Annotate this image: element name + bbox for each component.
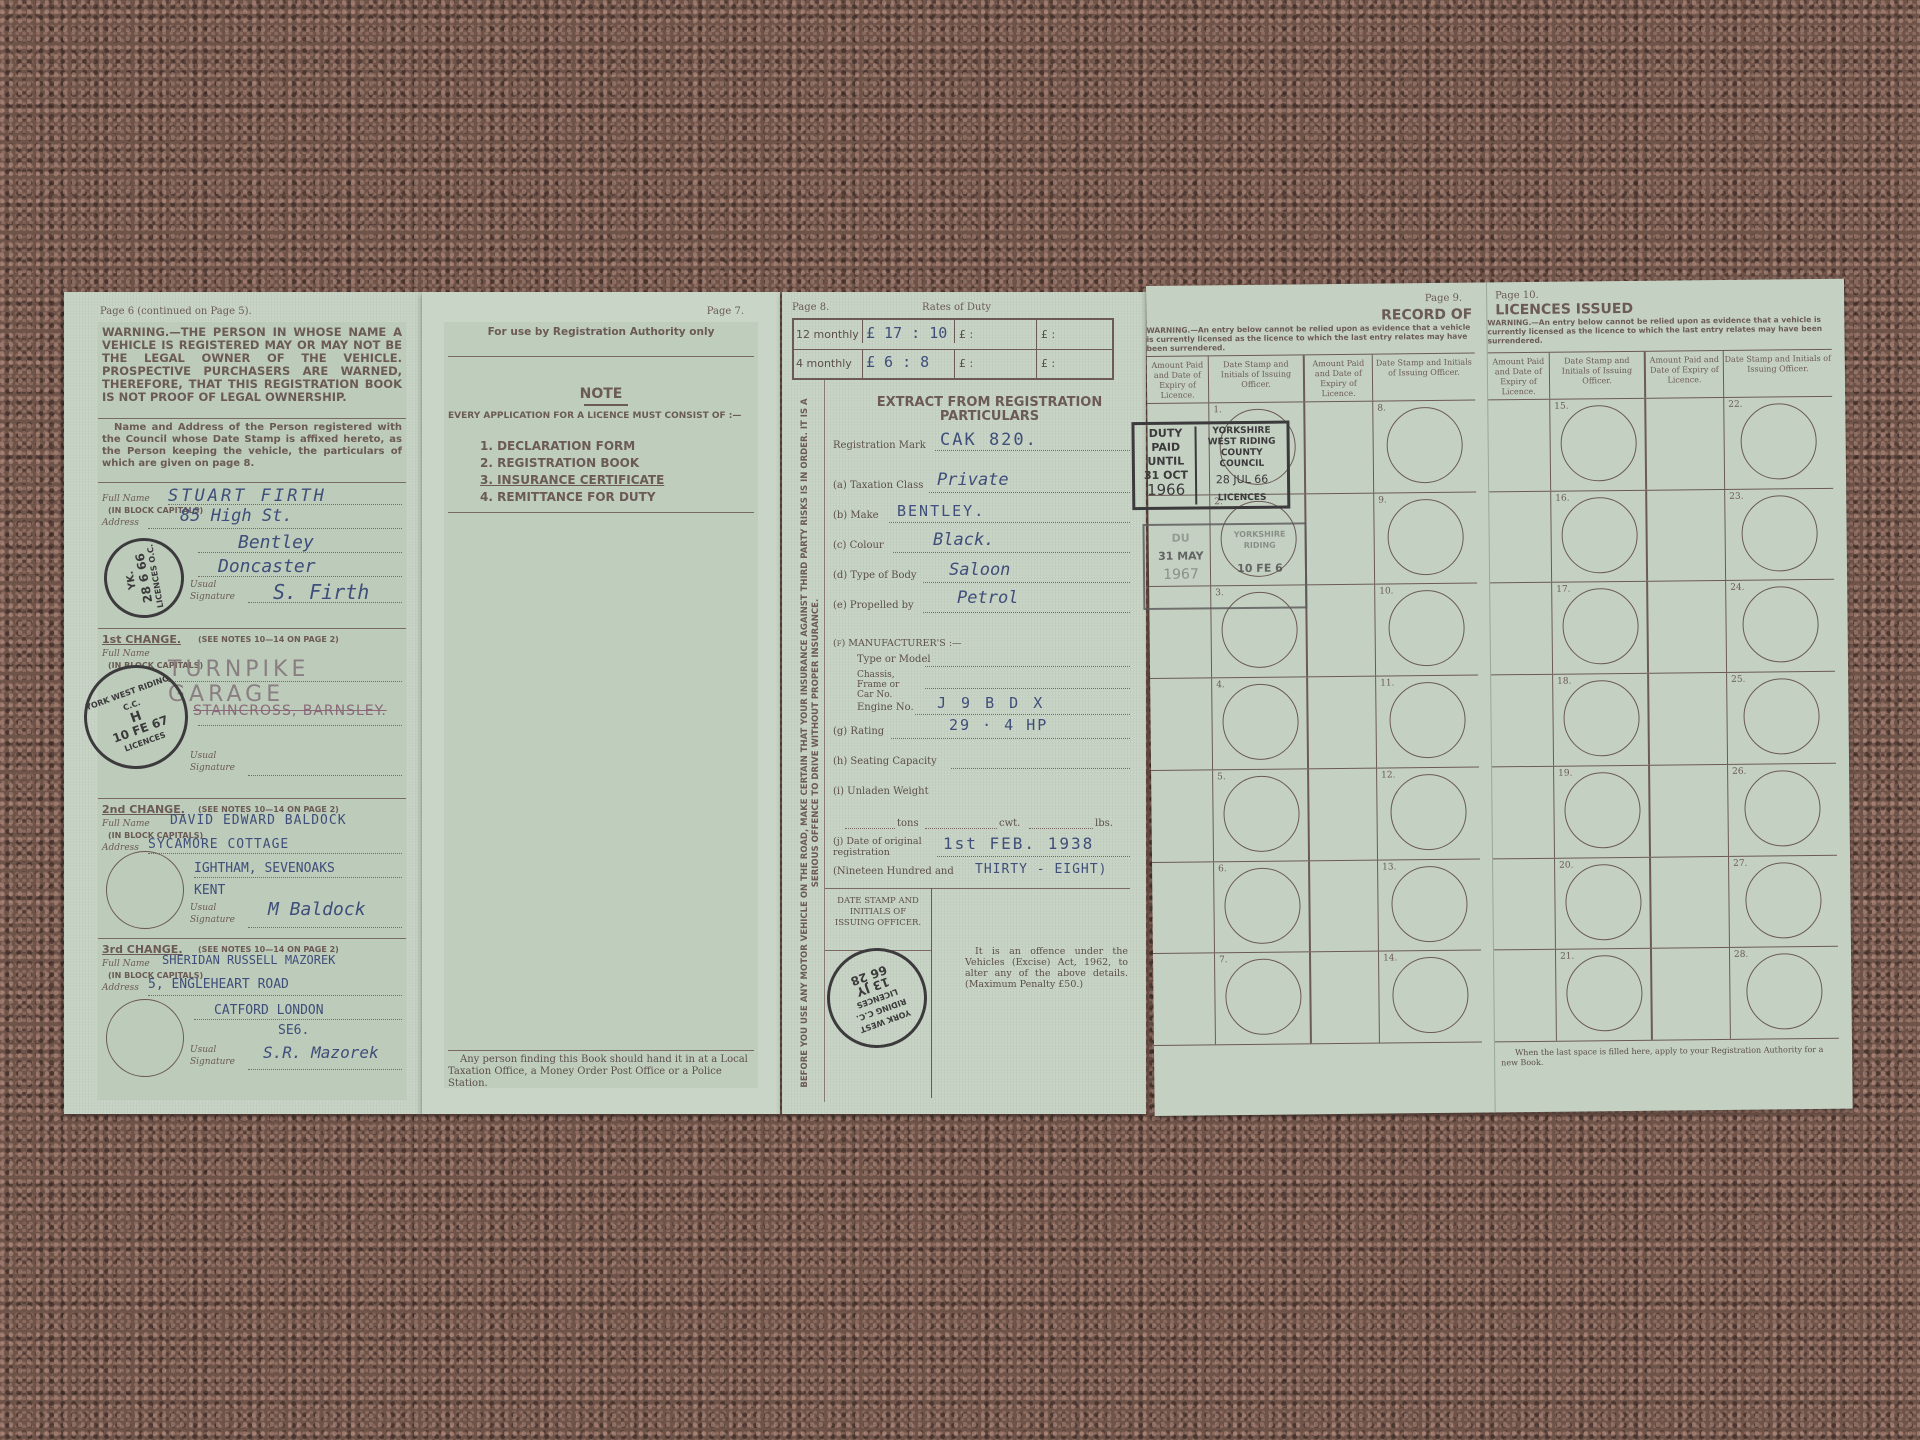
page-6-panel: Page 6 (continued on Page 5). WARNING.—T… xyxy=(64,292,422,1114)
application-item: 1. DECLARATION FORM xyxy=(480,438,664,455)
tons-label: tons xyxy=(897,818,919,829)
first-change-name-stamp: TURNPIKE GARAGE xyxy=(168,657,406,707)
type-model-label: Type or Model xyxy=(857,654,931,665)
licence-slot-number: 23. xyxy=(1729,491,1743,501)
particulars-list: (a) Taxation Class Private (b) Make BENT… xyxy=(833,470,1130,620)
stamp-circle xyxy=(1743,678,1820,755)
original-date-stamp: YK. 28 6 66 LICENCES O.C. xyxy=(98,532,191,625)
seating-capacity-label: (h) Seating Capacity xyxy=(833,756,937,767)
date-stamp-cell: 25. xyxy=(1727,672,1836,764)
usual-label: Usual xyxy=(190,580,216,590)
licence-slot-number: 15. xyxy=(1554,402,1568,412)
licence-row: 7.14. xyxy=(1153,951,1482,1046)
date-stamp-cell: 8. xyxy=(1373,401,1476,493)
usual-label: Usual xyxy=(190,903,216,913)
particular-propelled-by: (e) Propelled by Petrol xyxy=(833,590,1130,620)
rate-value: £ : xyxy=(1036,320,1115,349)
rate-value: £ : xyxy=(1036,349,1115,378)
col-header-amount: Amount Paid and Date of Expiry of Licenc… xyxy=(1305,355,1373,402)
engine-label: Engine No. xyxy=(857,702,914,713)
amount-paid-cell xyxy=(1306,493,1375,584)
licence-slot-number: 9. xyxy=(1378,495,1387,505)
first-change-address-stamp: STAINCROSS, BARNSLEY. xyxy=(193,703,387,719)
council-name: YORKSHIRE RIDING xyxy=(1217,528,1303,551)
page-7-label: Page 7. xyxy=(707,306,744,317)
col-header-stamp: Date Stamp and Initials of Issuing Offic… xyxy=(1209,355,1305,402)
licence-slot-number: 12. xyxy=(1381,770,1395,780)
rates-of-duty-table: 12 monthly £ 17 : 10 £ : £ : 4 monthly £… xyxy=(792,318,1114,380)
signature-label: Signature xyxy=(190,592,235,602)
address-label: Address xyxy=(102,518,139,528)
stamp-circle xyxy=(1741,495,1818,572)
usual-label: Usual xyxy=(190,1045,216,1055)
particular-body-type: (d) Type of Body Saloon xyxy=(833,560,1130,590)
stamp-circle xyxy=(1389,682,1466,759)
full-name-label: Full Name xyxy=(102,959,150,969)
cwt-label: cwt. xyxy=(999,818,1020,829)
amount-paid-cell xyxy=(1494,950,1557,1041)
amount-paid-cell xyxy=(1650,765,1729,857)
stamp-circle xyxy=(1223,775,1300,852)
amount-paid-cell xyxy=(1309,768,1378,859)
amount-paid-cell xyxy=(1648,581,1727,673)
stamp-circle xyxy=(1224,867,1301,944)
found-book-notice: Any person finding this Book should hand… xyxy=(448,1054,754,1090)
date-stamp-cell: 9. xyxy=(1374,492,1477,584)
licence-slot-number: 26. xyxy=(1732,767,1746,777)
particular-value: Petrol xyxy=(957,588,1018,608)
licence-slot-number: 19. xyxy=(1558,768,1572,778)
third-change-address-line-2: CATFORD LONDON xyxy=(214,1003,324,1018)
duty-stamp-1: DUTY PAID UNTIL 31 OCT 1966 YORKSHIRE WE… xyxy=(1131,421,1290,511)
second-change-section: 2nd CHANGE. (SEE NOTES 10—14 ON PAGE 2) … xyxy=(98,798,406,939)
duty-paid-text: DU xyxy=(1151,529,1211,548)
original-full-name: STUART FIRTH xyxy=(168,486,327,506)
duty-paid-text: DUTY PAID UNTIL xyxy=(1136,427,1194,470)
rating-value: 29 · 4 HP xyxy=(949,716,1048,734)
rate-value: £ : xyxy=(954,349,1039,378)
registration-mark-value: CAK 820. xyxy=(940,430,1038,450)
first-change-notes: (SEE NOTES 10—14 ON PAGE 2) xyxy=(198,635,339,644)
stamp-circle xyxy=(1225,959,1302,1036)
authority-heading: For use by Registration Authority only xyxy=(444,326,758,338)
date-stamp-cell: 24. xyxy=(1726,580,1835,672)
rate-period: 4 monthly xyxy=(796,349,863,378)
particular-value: Black. xyxy=(933,530,994,550)
original-keeper-section: Full Name STUART FIRTH (IN BLOCK CAPITAL… xyxy=(98,488,406,638)
usual-label: Usual xyxy=(190,751,216,761)
page-8-label: Page 8. xyxy=(792,302,829,313)
application-items: 1. DECLARATION FORM 2. REGISTRATION BOOK… xyxy=(480,438,664,506)
rates-row-4-monthly: 4 monthly £ 6 : 8 £ : £ : xyxy=(794,349,1112,378)
particular-label: (c) Colour xyxy=(833,540,884,551)
amount-paid-cell xyxy=(1492,767,1555,858)
page-9: Page 9. RECORD OF WARNING.—An entry belo… xyxy=(1146,282,1491,1115)
stamp-date: 10 FE 6 xyxy=(1217,562,1303,574)
third-change-section: 3rd CHANGE. (SEE NOTES 10—14 ON PAGE 2) … xyxy=(98,938,406,1089)
col-header-stamp: Date Stamp and Initials of Issuing Offic… xyxy=(1724,350,1832,397)
date-original-registration-label: (j) Date of original registration xyxy=(833,836,933,858)
licence-row: 19.26. xyxy=(1492,764,1837,859)
address-label: Address xyxy=(102,983,139,993)
date-stamp-cell: 19. xyxy=(1554,766,1651,858)
date-stamp-cell: 28. xyxy=(1730,947,1839,1039)
amount-paid-cell xyxy=(1152,862,1215,953)
particular-colour: (c) Colour Black. xyxy=(833,530,1130,560)
stamp-circle xyxy=(1562,588,1639,665)
second-change-stamp-circle xyxy=(106,851,184,929)
licence-slot-number: 11. xyxy=(1380,679,1394,689)
first-change-heading: 1st CHANGE. xyxy=(102,633,181,646)
col-header-stamp: Date Stamp and Initials of Issuing Offic… xyxy=(1373,354,1475,401)
page-8-panel: Page 8. Rates of Duty 12 monthly £ 17 : … xyxy=(782,292,1146,1114)
amount-paid-cell xyxy=(1151,770,1214,861)
stamp-circle xyxy=(1745,862,1822,939)
original-address-line-1: 85 High St. xyxy=(180,506,293,526)
licence-slot-number: 20. xyxy=(1559,860,1573,870)
amount-paid-cell xyxy=(1646,398,1725,490)
stamp-circle xyxy=(1388,590,1465,667)
particular-value: Saloon xyxy=(949,560,1010,580)
stamp-circle xyxy=(1222,684,1299,761)
page-10-label: Page 10. xyxy=(1495,290,1539,301)
licence-slot-number: 14. xyxy=(1383,954,1397,964)
stamp-circle xyxy=(1563,680,1640,757)
third-change-address-line-1: 5, ENGLEHEART ROAD xyxy=(148,977,289,992)
licence-slot-number: 24. xyxy=(1730,583,1744,593)
date-stamp-cell: 26. xyxy=(1728,764,1837,856)
date-stamp-cell: 23. xyxy=(1725,489,1834,581)
date-stamp-cell: 11. xyxy=(1376,676,1479,768)
licence-row: 4.11. xyxy=(1150,676,1479,771)
licence-slot-number: 28. xyxy=(1734,950,1748,960)
application-item: 2. REGISTRATION BOOK xyxy=(480,455,664,472)
manufacturer-label: (f) MANUFACTURER'S :— xyxy=(833,638,962,649)
registration-mark-label: Registration Mark xyxy=(833,440,926,451)
licence-slot-number: 10. xyxy=(1379,587,1393,597)
amount-paid-cell xyxy=(1651,856,1730,948)
date-stamp-cell: 15. xyxy=(1550,399,1647,491)
chassis-label: Chassis, Frame or Car No. xyxy=(857,670,907,700)
amount-paid-cell xyxy=(1307,585,1376,676)
second-change-signature: M Baldock xyxy=(268,899,366,920)
first-change-section: 1st CHANGE. (SEE NOTES 10—14 ON PAGE 2) … xyxy=(98,628,406,799)
amount-paid-cell xyxy=(1493,858,1556,949)
stamp-circle xyxy=(1566,955,1643,1032)
licence-row: 5.12. xyxy=(1151,767,1480,862)
stamp-circle xyxy=(1565,863,1642,940)
second-change-address-line-3: KENT xyxy=(194,883,225,898)
signature-label: Signature xyxy=(190,763,235,773)
page-10: Page 10. LICENCES ISSUED WARNING.—An ent… xyxy=(1486,279,1848,1113)
date-stamp-cell: 17. xyxy=(1552,582,1649,674)
amount-paid-cell xyxy=(1305,402,1374,493)
rate-value: £ 17 : 10 xyxy=(866,324,947,342)
third-change-stamp-circle xyxy=(106,999,184,1077)
particular-label: (d) Type of Body xyxy=(833,570,917,581)
date-stamp-cell: 13. xyxy=(1378,859,1481,951)
unladen-weight-label: (i) Unladen Weight xyxy=(833,786,929,797)
page-6-label: Page 6 (continued on Page 5). xyxy=(100,306,252,317)
amount-paid-cell xyxy=(1491,675,1554,766)
date-stamp-cell: 6. xyxy=(1214,861,1311,953)
licence-slot-number: 16. xyxy=(1555,493,1569,503)
third-change-signature: S.R. Mazorek xyxy=(263,1043,379,1062)
full-name-label: Full Name xyxy=(102,819,150,829)
licence-slot-number: 22. xyxy=(1728,400,1742,410)
page-7-panel: Page 7. For use by Registration Authorit… xyxy=(422,292,780,1114)
second-change-address-line-1: SYCAMORE COTTAGE xyxy=(148,837,289,852)
stamp-date: 28 JUL 66 xyxy=(1199,474,1285,486)
note-intro: EVERY APPLICATION FOR A LICENCE MUST CON… xyxy=(448,412,754,421)
particular-taxation-class: (a) Taxation Class Private xyxy=(833,470,1130,500)
date-stamp-label: DATE STAMP AND INITIALS OF ISSUING OFFIC… xyxy=(831,896,925,929)
amount-paid-cell xyxy=(1150,678,1213,769)
date-stamp-cell: 18. xyxy=(1553,674,1650,766)
licence-slot-number: 13. xyxy=(1382,862,1396,872)
lbs-label: lbs. xyxy=(1095,818,1113,829)
page-10-grid: 15.22.16.23.17.24.18.25.19.26.20.27.21.2… xyxy=(1488,396,1839,1043)
duty-until-year: 1967 xyxy=(1151,565,1211,584)
amount-paid-cell xyxy=(1647,490,1726,582)
licence-row: 16.23. xyxy=(1489,489,1834,584)
amount-paid-cell xyxy=(1310,860,1379,951)
date-original-registration-value: 1st FEB. 1938 xyxy=(943,834,1094,853)
signature-label: Signature xyxy=(190,1057,235,1067)
licence-slot-number: 27. xyxy=(1733,858,1747,868)
amount-paid-cell xyxy=(1308,677,1377,768)
particular-value: Private xyxy=(937,470,1009,490)
licence-slot-number: 18. xyxy=(1557,677,1571,687)
stamp-circle xyxy=(1392,957,1469,1034)
licence-slot-number: 7. xyxy=(1219,955,1228,965)
rating-label: (g) Rating xyxy=(833,726,884,737)
record-of-title: RECORD OF xyxy=(1381,307,1472,324)
amount-paid-cell xyxy=(1490,583,1553,674)
licence-row: 17.24. xyxy=(1490,580,1835,675)
offence-notice: It is an offence under the Vehicles (Exc… xyxy=(965,946,1128,990)
page-10-warning: WARNING.—An entry below cannot be relied… xyxy=(1487,315,1829,346)
original-address-line-3: Doncaster xyxy=(218,556,316,577)
signature-label: Signature xyxy=(190,915,235,925)
rates-row-12-monthly: 12 monthly £ 17 : 10 £ : £ : xyxy=(794,320,1112,350)
licence-row: 6.13. xyxy=(1152,859,1481,954)
ownership-warning: WARNING.—THE PERSON IN WHOSE NAME A VEHI… xyxy=(102,326,402,404)
col-header-amount: Amount Paid and Date of Expiry of Licenc… xyxy=(1147,356,1209,403)
stamp-circle xyxy=(1390,774,1467,851)
amount-paid-cell xyxy=(1652,948,1731,1040)
licence-slot-number: 25. xyxy=(1731,675,1745,685)
rates-title: Rates of Duty xyxy=(922,302,991,313)
duty-until-year: 1966 xyxy=(1137,482,1195,497)
duty-stamp-2: DU 31 MAY 1967 YORKSHIRE RIDING 10 FE 6 xyxy=(1142,522,1307,610)
stamp-bottom-text: LICENCES xyxy=(1199,493,1285,505)
rate-value: £ : xyxy=(954,320,1039,343)
date-stamp-cell: 14. xyxy=(1379,951,1482,1043)
stamp-circle xyxy=(1561,497,1638,574)
col-header-stamp: Date Stamp and Initials of Issuing Offic… xyxy=(1550,352,1646,399)
stamp-circle xyxy=(1387,498,1464,575)
date-stamp-cell: 16. xyxy=(1551,490,1648,582)
particular-label: (e) Propelled by xyxy=(833,600,914,611)
full-name-label: Full Name xyxy=(102,494,150,504)
year-in-words-value: THIRTY - EIGHT) xyxy=(975,862,1107,877)
licence-slot-number: 8. xyxy=(1377,403,1386,413)
issuing-officer-box: DATE STAMP AND INITIALS OF ISSUING OFFIC… xyxy=(825,888,932,1098)
date-stamp-cell: 7. xyxy=(1215,953,1312,1045)
licence-slot-number: 4. xyxy=(1216,680,1225,690)
stamp-circle xyxy=(1744,770,1821,847)
licence-slot-number: 17. xyxy=(1556,585,1570,595)
date-stamp-cell: 4. xyxy=(1212,677,1309,769)
particular-label: (b) Make xyxy=(833,510,879,521)
second-change-address-line-2: IGHTHAM, SEVENOAKS xyxy=(194,861,335,876)
council-name: YORKSHIRE WEST RIDING COUNTY COUNCIL xyxy=(1198,426,1284,471)
date-stamp-cell: 5. xyxy=(1213,769,1310,861)
licence-slot-number: 21. xyxy=(1560,952,1574,962)
date-stamp-cell: 27. xyxy=(1729,855,1838,947)
stamp-circle xyxy=(1746,953,1823,1030)
col-header-amount: Amount Paid and Date of Expiry of Licenc… xyxy=(1488,353,1550,400)
note-title: NOTE xyxy=(444,386,758,402)
original-address-line-2: Bentley xyxy=(238,532,314,553)
date-stamp-cell: 12. xyxy=(1377,767,1480,859)
date-stamp-cell: 10. xyxy=(1375,584,1478,676)
amount-paid-cell xyxy=(1489,491,1552,582)
particular-make: (b) Make BENTLEY. xyxy=(833,500,1130,530)
licence-row: 15.22. xyxy=(1488,397,1833,492)
licence-row: 21.28. xyxy=(1494,947,1839,1042)
particular-label: (a) Taxation Class xyxy=(833,480,923,491)
third-change-full-name: SHERIDAN RUSSELL MAZOREK xyxy=(162,953,335,967)
particular-value: BENTLEY. xyxy=(897,502,985,520)
duty-until-date: 31 MAY xyxy=(1151,547,1211,566)
licence-row: 20.27. xyxy=(1493,855,1838,950)
date-stamp-cell: 22. xyxy=(1724,397,1833,489)
page-9-label: Page 9. xyxy=(1425,293,1462,304)
stamp-circle xyxy=(1742,586,1819,663)
licence-slot-number: 1. xyxy=(1213,405,1222,415)
amount-paid-cell xyxy=(1488,400,1551,491)
insurance-side-warning: BEFORE YOU USE ANY MOTOR VEHICLE ON THE … xyxy=(800,398,822,1088)
original-signature: S. Firth xyxy=(273,580,369,604)
issuing-office-date-stamp: YORK WEST RIDING C.C. LICENCES 13 JY 66 … xyxy=(813,934,941,1062)
licence-row: 18.25. xyxy=(1491,672,1836,767)
date-stamp-cell: 21. xyxy=(1556,949,1653,1041)
extract-title: EXTRACT FROM REGISTRATION PARTICULARS xyxy=(865,396,1114,424)
rate-value: £ 6 : 8 xyxy=(866,353,929,371)
licences-issued-title: LICENCES ISSUED xyxy=(1495,301,1633,318)
nineteen-hundred-label: (Nineteen Hundred and xyxy=(833,866,954,877)
amount-paid-cell xyxy=(1311,952,1380,1043)
registered-person-intro: Name and Address of the Person registere… xyxy=(102,422,402,470)
stamp-circle xyxy=(1386,407,1463,484)
page-10-licence-table: Amount Paid and Date of Expiry of Licenc… xyxy=(1488,349,1839,1043)
new-book-notice: When the last space is filled here, appl… xyxy=(1501,1045,1837,1069)
second-change-full-name: DAVID EDWARD BALDOCK xyxy=(170,813,347,828)
engine-number-value: J 9 B D X xyxy=(937,694,1045,712)
page-9-warning: WARNING.—An entry below cannot be relied… xyxy=(1146,323,1472,353)
application-item: 3. INSURANCE CERTIFICATE xyxy=(480,472,664,489)
col-header-amount: Amount Paid and Date of Expiry of Licenc… xyxy=(1646,351,1724,398)
full-name-label: Full Name xyxy=(102,649,150,659)
third-change-address-line-3: SE6. xyxy=(278,1023,309,1038)
stamp-circle xyxy=(1564,772,1641,849)
application-item: 4. REMITTANCE FOR DUTY xyxy=(480,489,664,506)
pages-9-10-panel: Page 9. RECORD OF WARNING.—An entry belo… xyxy=(1146,279,1853,1116)
date-stamp-cell: 20. xyxy=(1555,857,1652,949)
licence-slot-number: 6. xyxy=(1218,864,1227,874)
rate-period: 12 monthly xyxy=(796,320,863,343)
stamp-circle xyxy=(1740,403,1817,480)
licence-slot-number: 5. xyxy=(1217,772,1226,782)
amount-paid-cell xyxy=(1153,954,1216,1045)
stamp-circle xyxy=(1391,865,1468,942)
stamp-circle xyxy=(1560,405,1637,482)
amount-paid-cell xyxy=(1649,673,1728,765)
